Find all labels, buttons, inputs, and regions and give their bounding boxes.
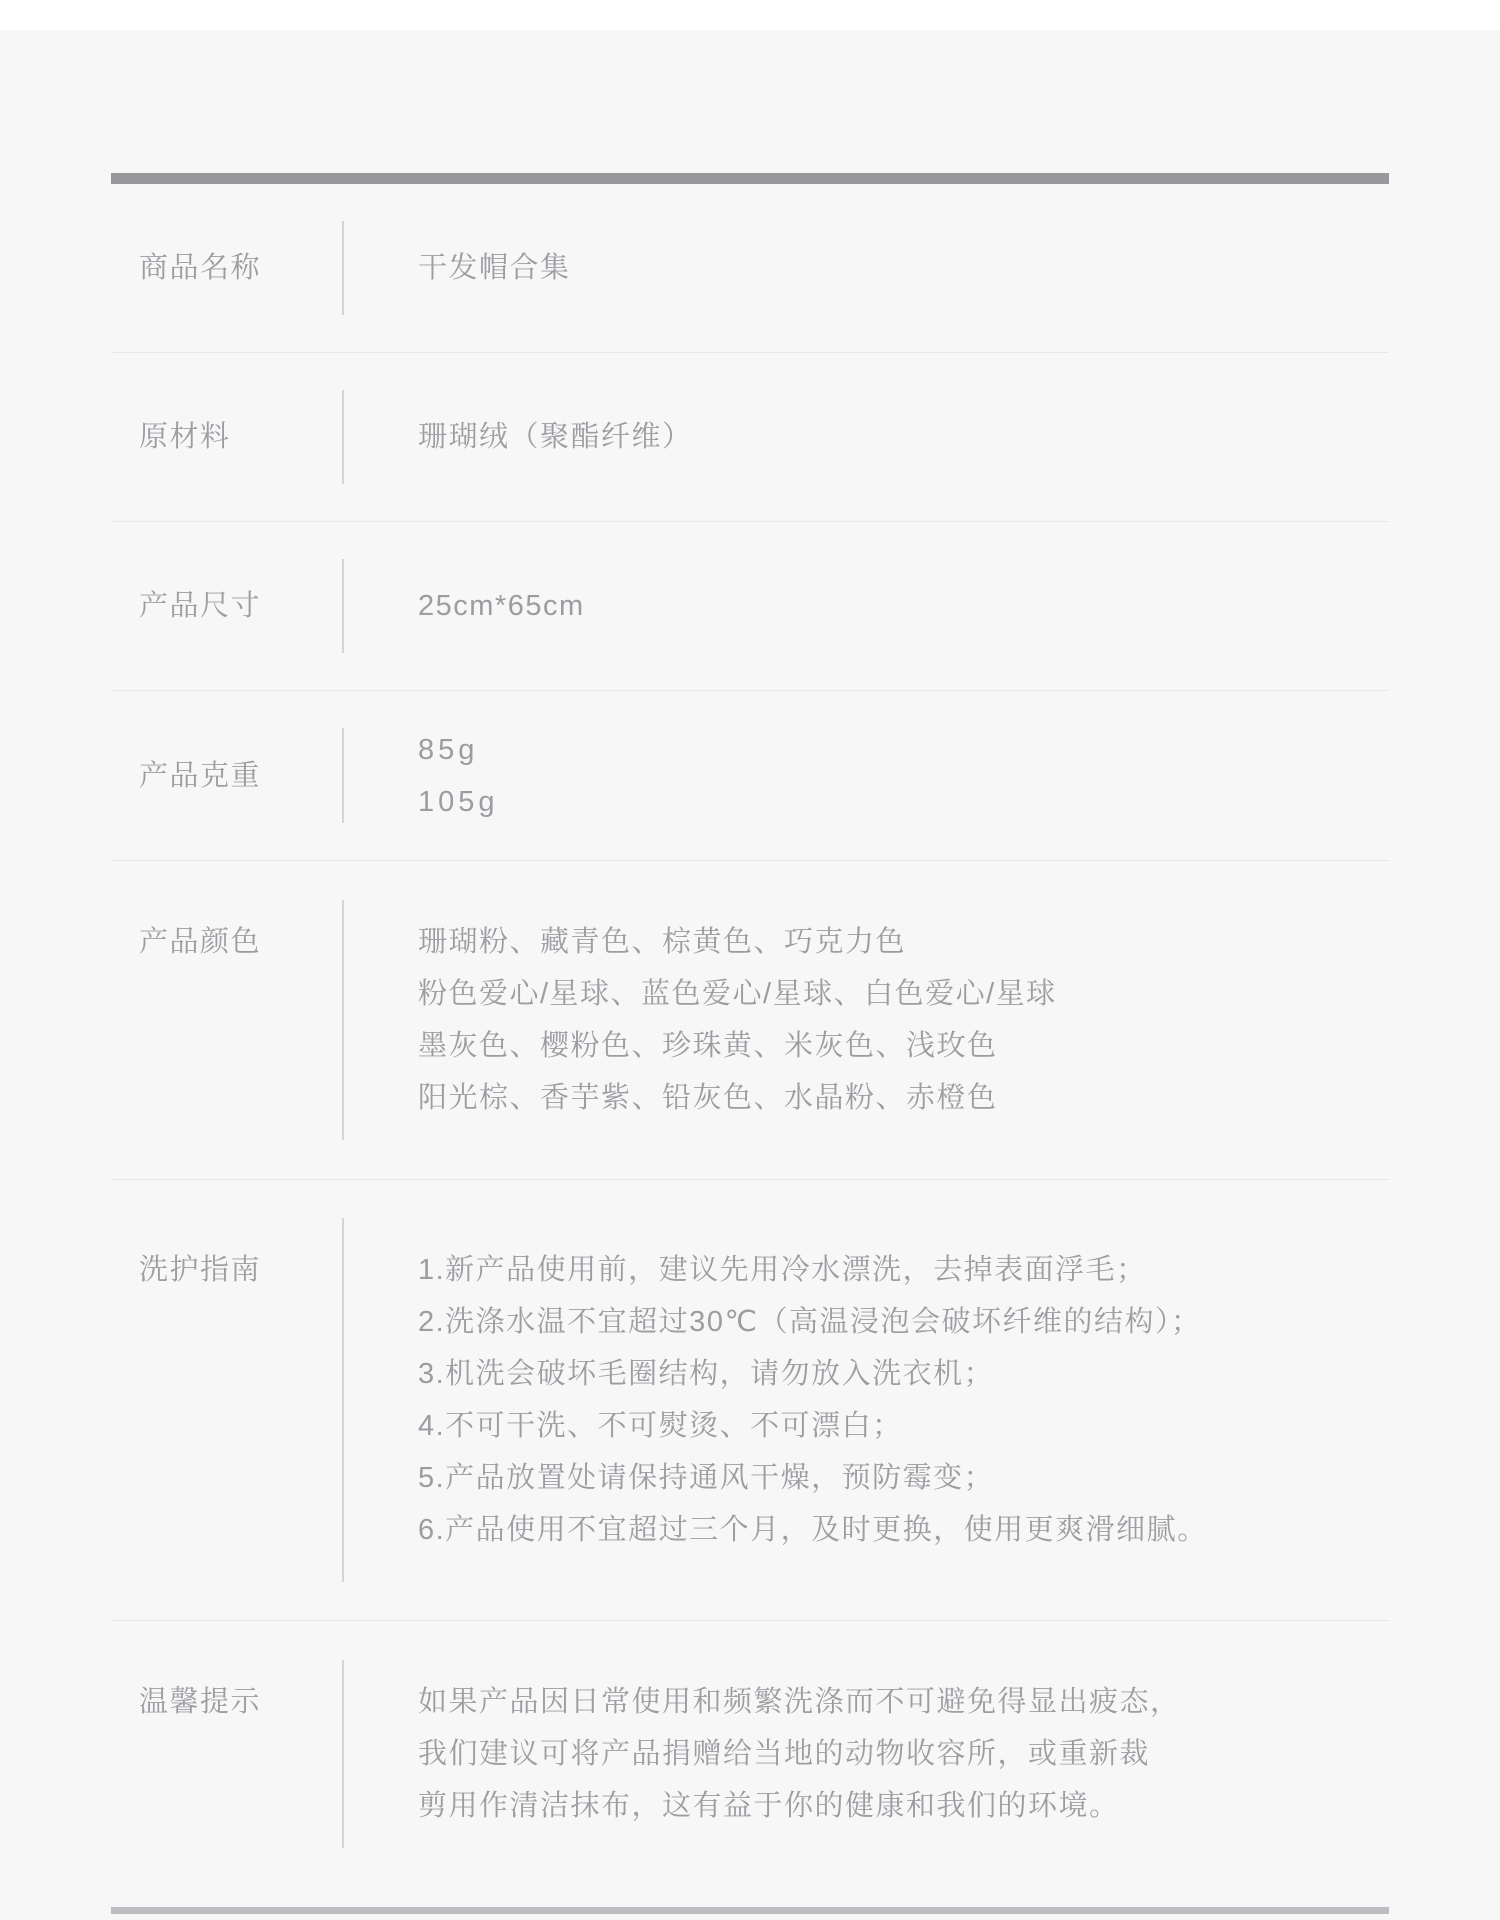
spec-row: 产品克重 85g105g [111, 691, 1389, 861]
bottom-divider-bar [111, 1907, 1389, 1914]
spec-value-line: 85g [418, 724, 1389, 776]
spec-value-line: 干发帽合集 [418, 242, 1389, 294]
spec-value-line: 25cm*65cm [418, 580, 1389, 632]
spec-value: 珊瑚绒（聚酯纤维） [344, 411, 1389, 463]
spec-value: 1.新产品使用前，建议先用冷水漂洗，去掉表面浮毛；2.洗涤水温不宜超过30℃（高… [344, 1244, 1389, 1556]
spec-value-line: 3.机洗会破坏毛圈结构，请勿放入洗衣机； [418, 1348, 1389, 1400]
spec-value: 干发帽合集 [344, 242, 1389, 294]
spec-sheet-body: 商品名称 干发帽合集 原材料 珊瑚绒（聚酯纤维） 产品尺寸 25cm*65cm … [111, 173, 1389, 1914]
spec-label: 商品名称 [111, 242, 342, 294]
spec-table: 商品名称 干发帽合集 原材料 珊瑚绒（聚酯纤维） 产品尺寸 25cm*65cm … [111, 184, 1389, 1887]
spec-value-line: 剪用作清洁抹布，这有益于你的健康和我们的环境。 [418, 1780, 1389, 1832]
spec-label: 产品尺寸 [111, 580, 342, 632]
spec-label: 产品颜色 [111, 916, 342, 968]
spec-row: 温馨提示 如果产品因日常使用和频繁洗涤而不可避免得显出疲态，我们建议可将产品捐赠… [111, 1621, 1389, 1887]
spec-value-line: 珊瑚粉、藏青色、棕黄色、巧克力色 [418, 916, 1389, 968]
spec-value-line: 5.产品放置处请保持通风干燥，预防霉变； [418, 1452, 1389, 1504]
spec-value-line: 4.不可干洗、不可熨烫、不可漂白； [418, 1400, 1389, 1452]
spec-value-line: 我们建议可将产品捐赠给当地的动物收容所，或重新裁 [418, 1728, 1389, 1780]
spec-value-line: 粉色爱心/星球、蓝色爱心/星球、白色爱心/星球 [418, 968, 1389, 1020]
spec-row: 原材料 珊瑚绒（聚酯纤维） [111, 353, 1389, 522]
spec-value-line: 墨灰色、樱粉色、珍珠黄、米灰色、浅玫色 [418, 1020, 1389, 1072]
product-spec-sheet: 商品名称 干发帽合集 原材料 珊瑚绒（聚酯纤维） 产品尺寸 25cm*65cm … [0, 0, 1500, 1914]
spec-value-line: 6.产品使用不宜超过三个月，及时更换，使用更爽滑细腻。 [418, 1504, 1389, 1556]
spec-row: 产品尺寸 25cm*65cm [111, 522, 1389, 691]
spec-value-line: 2.洗涤水温不宜超过30℃（高温浸泡会破坏纤维的结构）； [418, 1296, 1389, 1348]
spec-label: 温馨提示 [111, 1676, 342, 1728]
top-white-strip [0, 0, 1500, 30]
spec-row: 产品颜色 珊瑚粉、藏青色、棕黄色、巧克力色粉色爱心/星球、蓝色爱心/星球、白色爱… [111, 861, 1389, 1180]
spec-row: 洗护指南 1.新产品使用前，建议先用冷水漂洗，去掉表面浮毛；2.洗涤水温不宜超过… [111, 1180, 1389, 1621]
spec-value: 珊瑚粉、藏青色、棕黄色、巧克力色粉色爱心/星球、蓝色爱心/星球、白色爱心/星球墨… [344, 916, 1389, 1124]
spec-label: 原材料 [111, 411, 342, 463]
spec-row: 商品名称 干发帽合集 [111, 184, 1389, 353]
spec-value-line: 阳光棕、香芋紫、铅灰色、水晶粉、赤橙色 [418, 1072, 1389, 1124]
spec-value: 如果产品因日常使用和频繁洗涤而不可避免得显出疲态，我们建议可将产品捐赠给当地的动… [344, 1676, 1389, 1832]
spec-value-line: 珊瑚绒（聚酯纤维） [418, 411, 1389, 463]
top-divider-bar [111, 173, 1389, 184]
spec-label: 洗护指南 [111, 1244, 342, 1296]
spec-value-line: 1.新产品使用前，建议先用冷水漂洗，去掉表面浮毛； [418, 1244, 1389, 1296]
spec-value-line: 105g [418, 776, 1389, 828]
spec-value-line: 如果产品因日常使用和频繁洗涤而不可避免得显出疲态， [418, 1676, 1389, 1728]
spec-value: 25cm*65cm [344, 580, 1389, 632]
spec-label: 产品克重 [111, 750, 342, 802]
spec-value: 85g105g [344, 724, 1389, 828]
